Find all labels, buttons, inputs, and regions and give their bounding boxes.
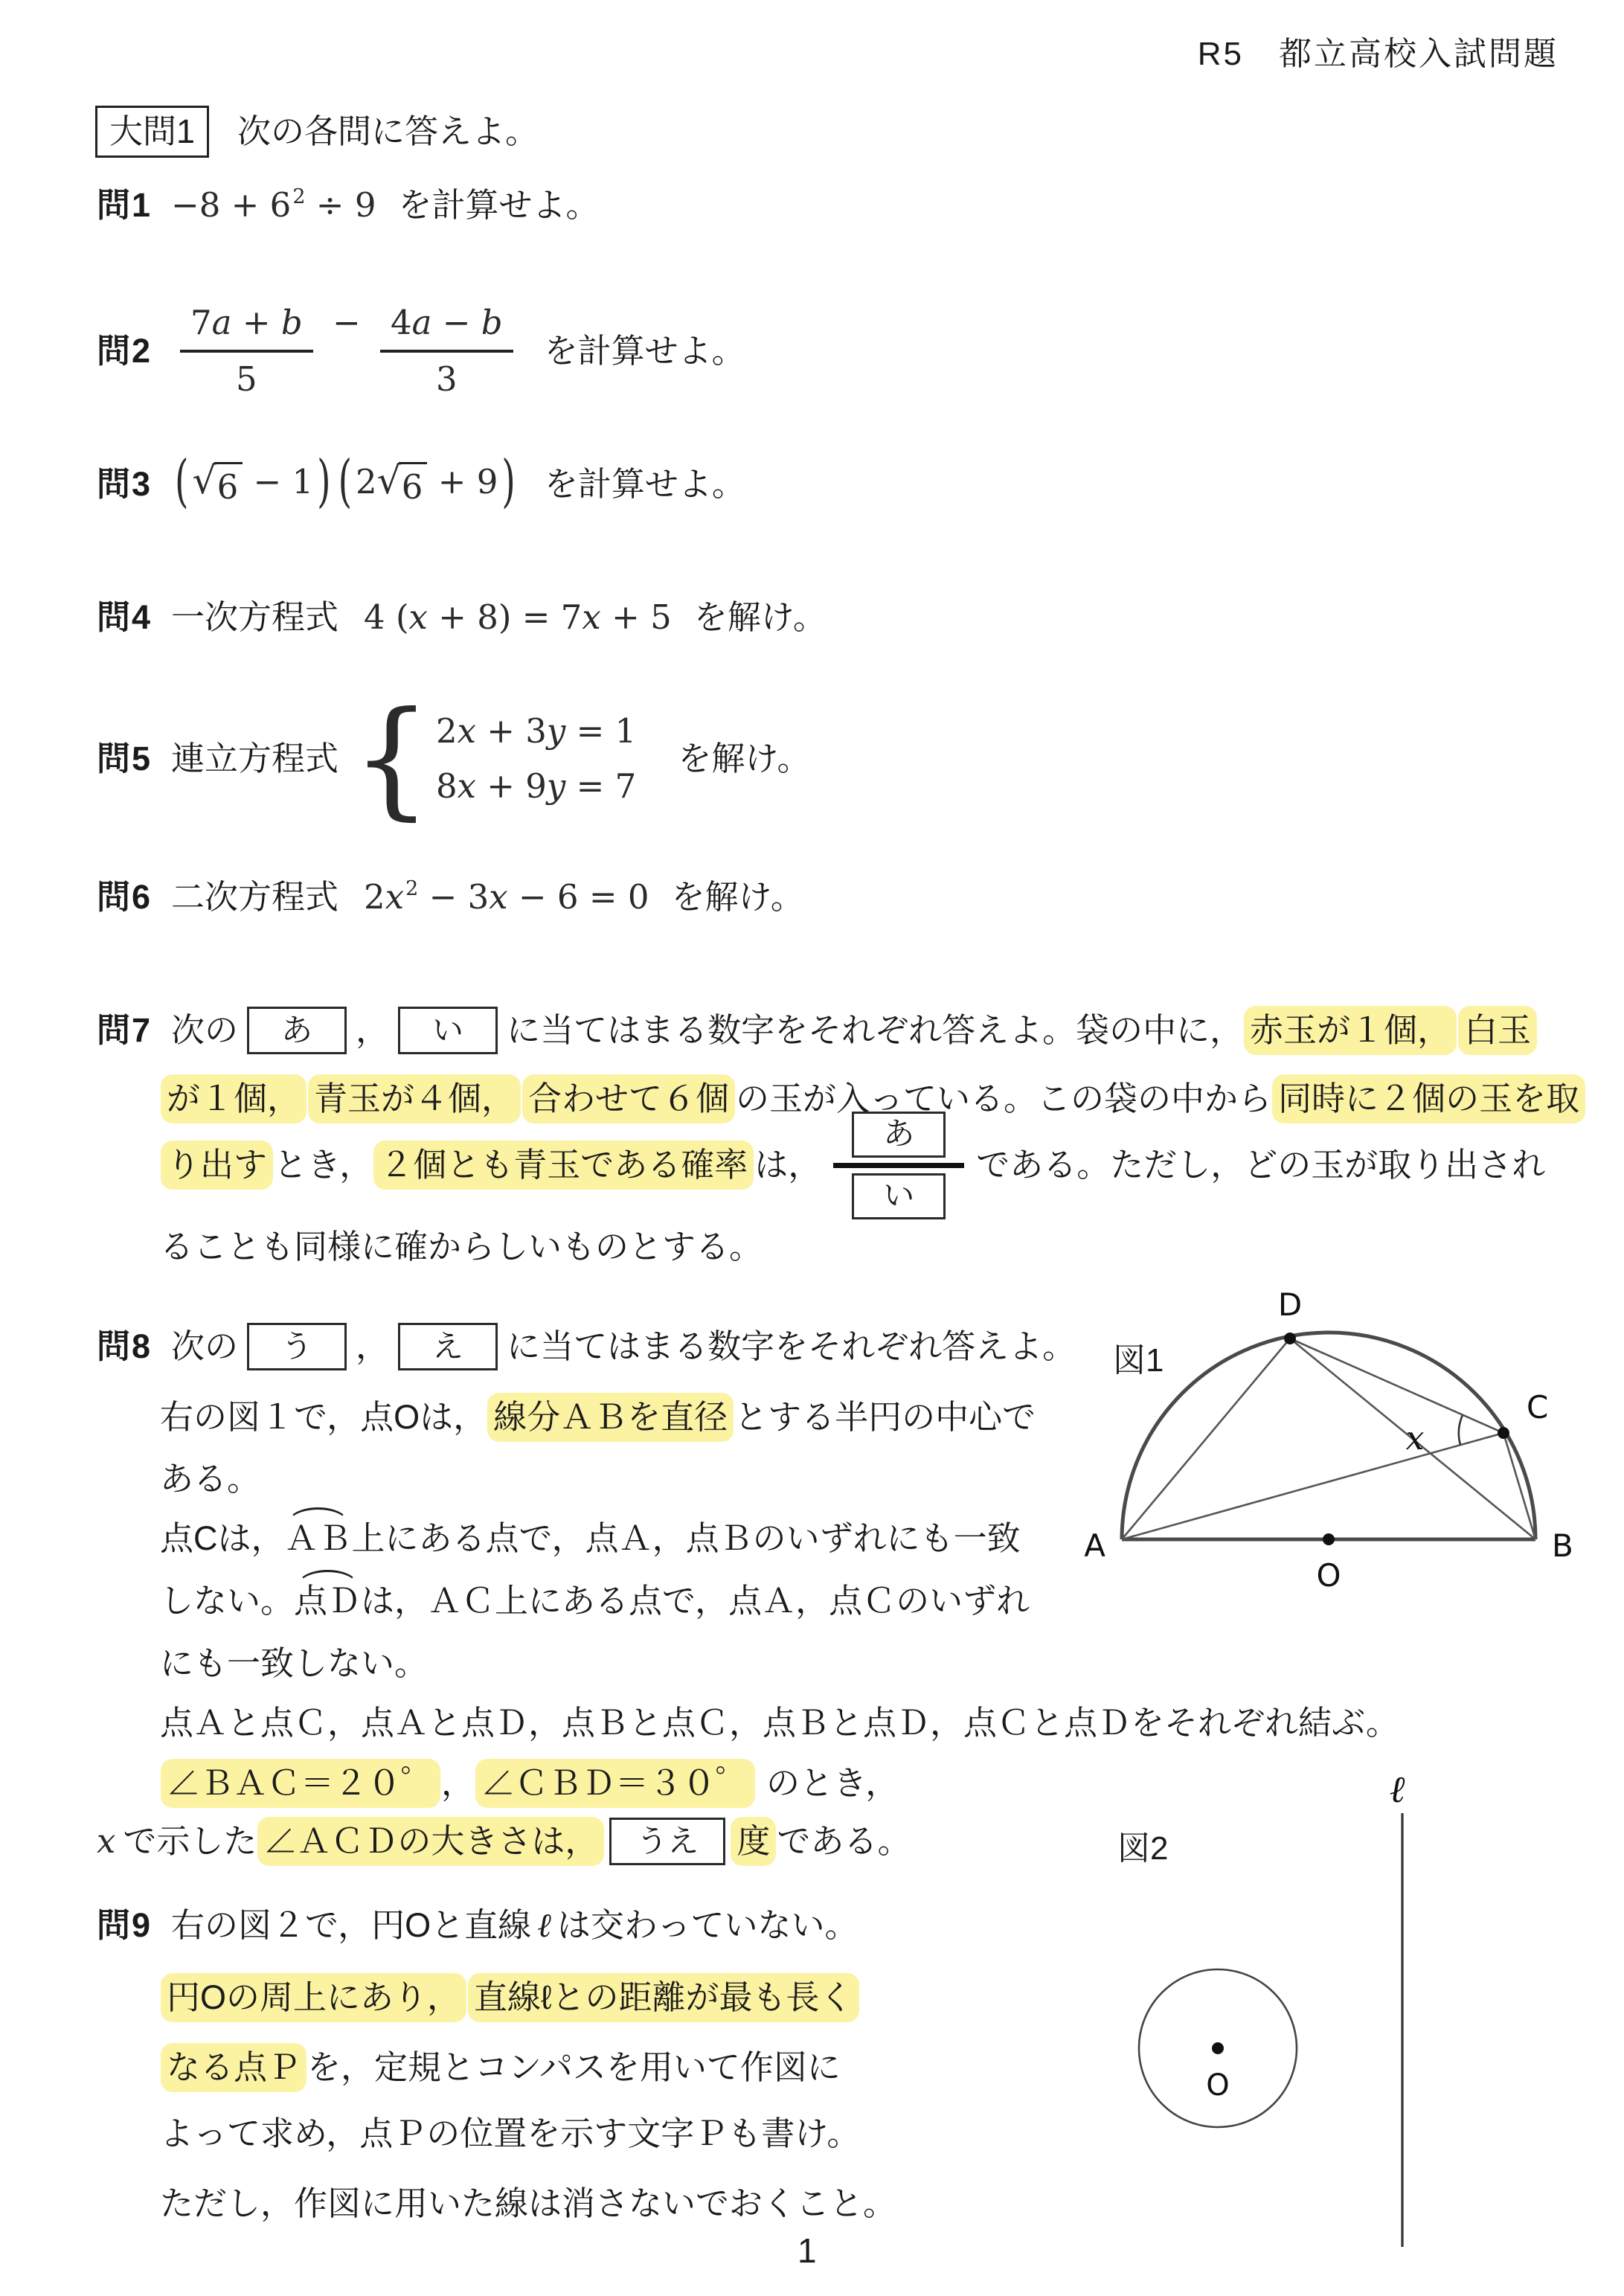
q8-l5-pre: しない。: [160, 1580, 294, 1622]
q1-label: 問1: [97, 185, 152, 226]
question-5: 問5 連立方程式 { 2x + 3y = 1 8x + 9y = 7 を解け。: [97, 692, 811, 826]
question-8-line6: にも一致しない。: [160, 1643, 428, 1684]
probability-fraction: あ い: [833, 1112, 964, 1219]
q9-l1-post: は交わっていない。: [557, 1905, 858, 1946]
question-9-line2: 円Oの周上にあり， 直線ℓとの距離が最も長く: [160, 1973, 860, 2022]
q8-l8-text-1: ，: [441, 1763, 475, 1804]
q7-l3-text-1: とき，: [274, 1144, 373, 1186]
q7-l3-text-2: は，: [754, 1144, 821, 1186]
q7-comma: ，: [356, 1010, 389, 1051]
center-O-label: O: [1316, 1557, 1341, 1594]
q8-l1-post: に当てはまる数字をそれぞれ答えよ。: [507, 1326, 1076, 1367]
question-7-line4: ることも同様に確からしいものとする。: [160, 1226, 763, 1268]
q3-formula: (√6 − 1)(2√6 + 9): [171, 460, 519, 508]
page-number: 1: [797, 2231, 817, 2271]
center-O-dot: [1323, 1533, 1335, 1545]
question-4: 問4 一次方程式 4 (x + 8) = 7x + 5 を解け。: [97, 597, 827, 638]
question-1: 問1 −8 + 62 ÷ 9 を計算せよ。: [97, 185, 599, 226]
section-box-label: 大問1: [95, 106, 209, 158]
q8-l9-post: である。: [777, 1821, 911, 1862]
q5-label: 問5: [97, 738, 152, 780]
figure1-semicircle: D C A B O x: [1071, 1280, 1592, 1600]
line-l-label: ℓ: [1390, 1771, 1405, 1811]
q8-angle-x: x: [97, 1821, 115, 1862]
q9-l3-highlight: なる点Ｐ: [161, 2043, 306, 2092]
q8-l5-arc-text: 点Ｄ: [294, 1580, 361, 1622]
q2-formula: 7a + b5 − 4a − b3: [171, 302, 522, 401]
q8-l2-pre: 右の図１で，点Oは，: [160, 1396, 487, 1438]
q8-comma: ，: [356, 1326, 389, 1367]
question-8-line9: x で示した ∠ＡＣＤの大きさは， うえ 度 である。: [97, 1817, 911, 1866]
q8-label: 問8: [97, 1326, 152, 1367]
page-header: R5 都立高校入試問題: [1198, 27, 1559, 74]
exam-page: R5 都立高校入試問題 大問1 次の各問に答えよ。 問1 −8 + 62 ÷ 9…: [0, 0, 1624, 2296]
circle-center-dot: [1212, 2042, 1224, 2054]
q8-l8-text-2: のとき，: [766, 1763, 899, 1804]
question-8-line2: 右の図１で，点Oは， 線分ＡＢを直径 とする半円の中心で: [160, 1393, 1036, 1442]
question-6: 問6 二次方程式 2x2 − 3x − 6 = 0 を解け。: [97, 876, 804, 918]
q7-l1-pre: 次の: [171, 1010, 238, 1051]
point-C-label: C: [1527, 1389, 1548, 1426]
q2-label: 問2: [97, 330, 152, 372]
point-D-dot: [1284, 1333, 1296, 1344]
q9-l2-highlight-2: 直線ℓとの距離が最も長く: [468, 1973, 859, 2022]
q7-l1-highlight-2: 白玉: [1458, 1006, 1537, 1055]
q8-l2-post: とする半円の中心で: [734, 1396, 1036, 1438]
point-D-label: D: [1278, 1286, 1302, 1323]
line-ell-symbol: ℓ: [531, 1905, 557, 1946]
q1-formula: −8 + 62 ÷ 9: [171, 185, 376, 226]
answer-box-i: い: [398, 1007, 498, 1054]
fraction-numerator-box: あ: [852, 1112, 946, 1158]
q8-l1-pre: 次の: [171, 1326, 238, 1367]
q7-l4: ることも同様に確からしいものとする。: [160, 1226, 763, 1268]
section-title-row: 大問1 次の各問に答えよ。: [95, 106, 539, 158]
q9-l3-post: を，定規とコンパスを用いて作図に: [307, 2047, 841, 2088]
q8-l4-pre: 点Cは，: [160, 1518, 285, 1559]
q7-l3-highlight-1: り出す: [161, 1141, 273, 1190]
chord-CB: [1503, 1433, 1535, 1539]
question-7-line1: 問7 次の あ ， い に当てはまる数字をそれぞれ答えよ。袋の中に， 赤玉が１個…: [97, 1006, 1538, 1055]
q4-kind: 一次方程式: [171, 597, 338, 638]
q8-l3: ある。: [160, 1458, 260, 1500]
question-9-line1: 問9 右の図２で，円Oと直線 ℓ は交わっていない。: [97, 1905, 858, 1946]
q5-eq1: 2x + 3y = 1: [436, 711, 636, 752]
q9-label: 問9: [97, 1905, 152, 1946]
answer-box-a: あ: [247, 1007, 347, 1054]
q8-l9-pre: で示した: [123, 1821, 257, 1862]
semicircle-arc: [1122, 1333, 1535, 1539]
q6-suffix: を解け。: [672, 876, 804, 918]
question-7-line3: り出す とき， ２個とも青玉である確率 は， あ い である。ただし，どの玉が取…: [160, 1107, 1545, 1223]
q8-l5-post: は，ＡＣ上にある点で，点Ａ，点Ｃのいずれ: [361, 1580, 1030, 1622]
angle-x-arc: [1459, 1415, 1463, 1445]
q7-label: 問7: [97, 1010, 152, 1051]
q5-system: 2x + 3y = 1 8x + 9y = 7: [436, 711, 636, 808]
arc-over-point-D: 点Ｄ: [294, 1580, 361, 1622]
q7-l3-text-3: である。ただし，どの玉が取り出され: [976, 1144, 1545, 1186]
q8-l8-highlight-2: ∠ＣＢＤ＝３０゜: [475, 1759, 755, 1808]
question-9-line5: ただし，作図に用いた線は消さないでおくこと。: [160, 2183, 896, 2225]
q2-suffix: を計算せよ。: [545, 330, 745, 372]
q8-l7: 点Ａと点Ｃ，点Ａと点Ｄ，点Ｂと点Ｃ，点Ｂと点Ｄ，点Ｃと点Ｄをそれぞれ結ぶ。: [160, 1702, 1399, 1744]
q6-label: 問6: [97, 876, 152, 918]
q4-formula: 4 (x + 8) = 7x + 5: [364, 597, 672, 638]
q8-l9-highlight-1: ∠ＡＣＤの大きさは，: [257, 1817, 604, 1866]
section-instruction: 次の各問に答えよ。: [237, 111, 539, 153]
question-8-line4: 点Cは， ＡＢ 上にある点で，点Ａ，点Ｂのいずれにも一致: [160, 1518, 1021, 1559]
fraction-denominator-box: い: [852, 1173, 946, 1219]
q8-l4-arc-text: ＡＢ: [285, 1518, 352, 1559]
question-2: 問2 7a + b5 − 4a − b3 を計算せよ。: [97, 292, 745, 411]
arc-over-AB: ＡＢ: [285, 1518, 352, 1559]
answer-box-u: う: [247, 1323, 347, 1370]
fraction-bar: [833, 1163, 964, 1168]
question-8-line8: ∠ＢＡＣ＝２０゜ ， ∠ＣＢＤ＝３０゜ のとき，: [160, 1759, 899, 1808]
system-brace: {: [352, 702, 431, 816]
q8-l4-post: 上にある点で，点Ａ，点Ｂのいずれにも一致: [352, 1518, 1021, 1559]
q9-l4: よって求め，点Ｐの位置を示す文字Ｐも書け。: [160, 2113, 860, 2155]
q9-l1-pre: 右の図２で，円Oと直線: [171, 1905, 531, 1946]
question-8-line3: ある。: [160, 1458, 260, 1500]
q7-l1-mid: に当てはまる数字をそれぞれ答えよ。袋の中に，: [507, 1010, 1243, 1051]
q9-l5: ただし，作図に用いた線は消さないでおくこと。: [160, 2183, 896, 2225]
answer-box-ue: うえ: [609, 1818, 725, 1865]
q6-kind: 二次方程式: [171, 876, 338, 918]
q3-label: 問3: [97, 464, 152, 505]
chord-DC: [1290, 1338, 1503, 1433]
question-9-line4: よって求め，点Ｐの位置を示す文字Ｐも書け。: [160, 2113, 860, 2155]
question-8-line1: 問8 次の う ， え に当てはまる数字をそれぞれ答えよ。: [97, 1323, 1076, 1370]
question-9-line3: なる点Ｐ を，定規とコンパスを用いて作図に: [160, 2043, 841, 2092]
q3-suffix: を計算せよ。: [545, 464, 745, 505]
q9-l2-highlight-1: 円Oの周上にあり，: [161, 1973, 466, 2022]
question-3: 問3 (√6 − 1)(2√6 + 9) を計算せよ。: [97, 451, 745, 518]
answer-box-e: え: [398, 1323, 498, 1370]
q8-l2-highlight: 線分ＡＢを直径: [487, 1393, 734, 1442]
point-C-dot: [1498, 1427, 1509, 1439]
q5-kind: 連立方程式: [171, 738, 338, 780]
q8-l6: にも一致しない。: [160, 1643, 428, 1684]
figure2-circle-and-line: O ℓ: [1116, 1771, 1443, 2284]
q4-label: 問4: [97, 597, 152, 638]
question-8-line5: しない。 点Ｄ は，ＡＣ上にある点で，点Ａ，点Ｃのいずれ: [160, 1580, 1030, 1622]
q4-suffix: を解け。: [694, 597, 827, 638]
q7-l1-highlight-1: 赤玉が１個，: [1244, 1006, 1457, 1055]
point-A-label: A: [1084, 1527, 1105, 1564]
chord-AC: [1122, 1433, 1503, 1539]
q6-formula: 2x2 − 3x − 6 = 0: [364, 876, 649, 918]
q7-l3-highlight-2: ２個とも青玉である確率: [373, 1141, 754, 1190]
q8-l9-highlight-2: 度: [731, 1817, 776, 1866]
point-B-label: B: [1552, 1527, 1573, 1564]
question-8-line7: 点Ａと点Ｃ，点Ａと点Ｄ，点Ｂと点Ｃ，点Ｂと点Ｄ，点Ｃと点Ｄをそれぞれ結ぶ。: [160, 1702, 1399, 1744]
q5-suffix: を解け。: [678, 738, 810, 780]
angle-x-label: x: [1406, 1420, 1425, 1458]
q5-eq2: 8x + 9y = 7: [436, 766, 636, 807]
q1-suffix: を計算せよ。: [398, 185, 599, 226]
circle-center-label: O: [1206, 2068, 1229, 2103]
q8-l8-highlight-1: ∠ＢＡＣ＝２０゜: [161, 1759, 440, 1808]
